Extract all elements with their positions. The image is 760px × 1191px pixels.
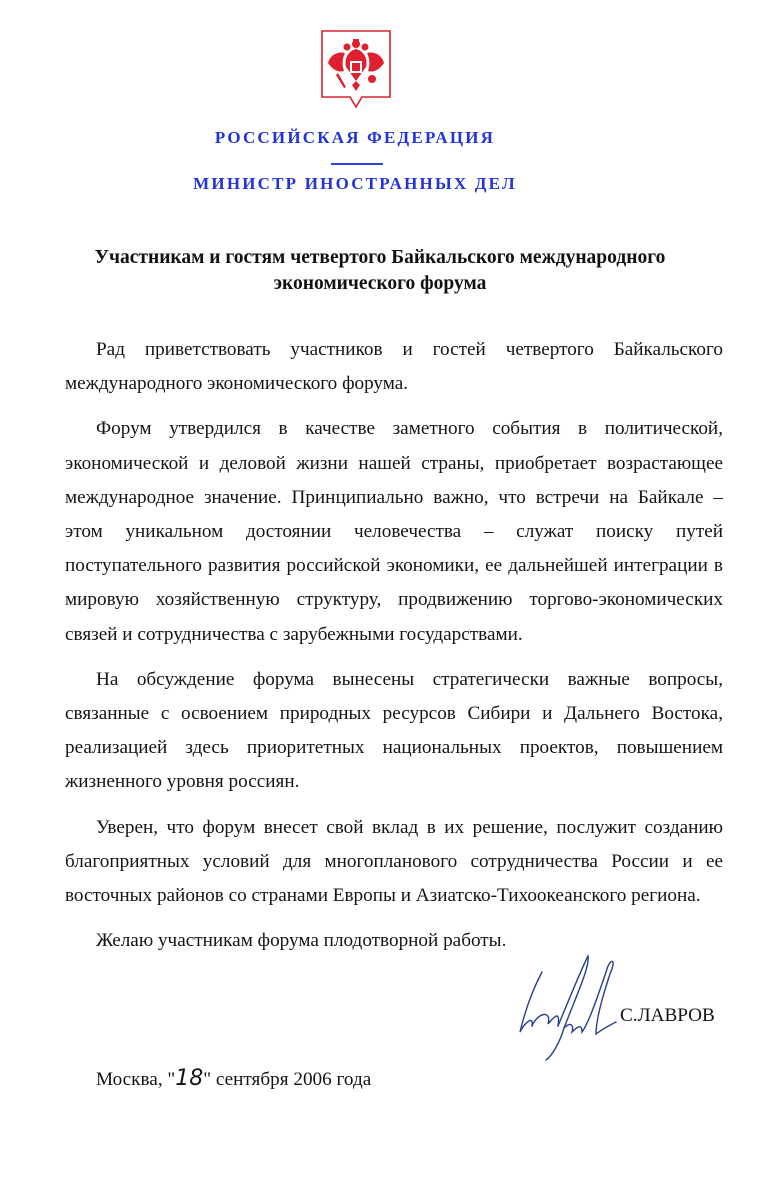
letter-date: Москва, "18" сентября 2006 года bbox=[96, 1066, 371, 1091]
signatory-name: С.ЛАВРОВ bbox=[620, 1005, 715, 1027]
paragraph: Уверен, что форум внесет свой вклад в их… bbox=[65, 811, 723, 914]
date-prefix: Москва, " bbox=[96, 1069, 175, 1090]
letter-title: Участникам и гостям четвертого Байкальск… bbox=[40, 245, 720, 297]
paragraph: На обсуждение форума вынесены стратегиче… bbox=[65, 663, 723, 800]
letter-body: Рад приветствовать участников и гостей ч… bbox=[65, 333, 723, 969]
coat-of-arms-icon bbox=[320, 29, 392, 113]
handwritten-signature-icon bbox=[512, 952, 632, 1062]
paragraph: Форум утвердился в качестве заметного со… bbox=[65, 412, 723, 651]
date-day-handwritten: 18 bbox=[175, 1066, 203, 1091]
letterhead-office: МИНИСТР ИНОСТРАННЫХ ДЕЛ bbox=[0, 174, 735, 194]
date-suffix: " сентября 2006 года bbox=[203, 1069, 371, 1090]
letterhead-country: РОССИЙСКАЯ ФЕДЕРАЦИЯ bbox=[0, 128, 735, 148]
paragraph: Рад приветствовать участников и гостей ч… bbox=[65, 333, 723, 401]
letterhead-divider bbox=[331, 163, 383, 165]
